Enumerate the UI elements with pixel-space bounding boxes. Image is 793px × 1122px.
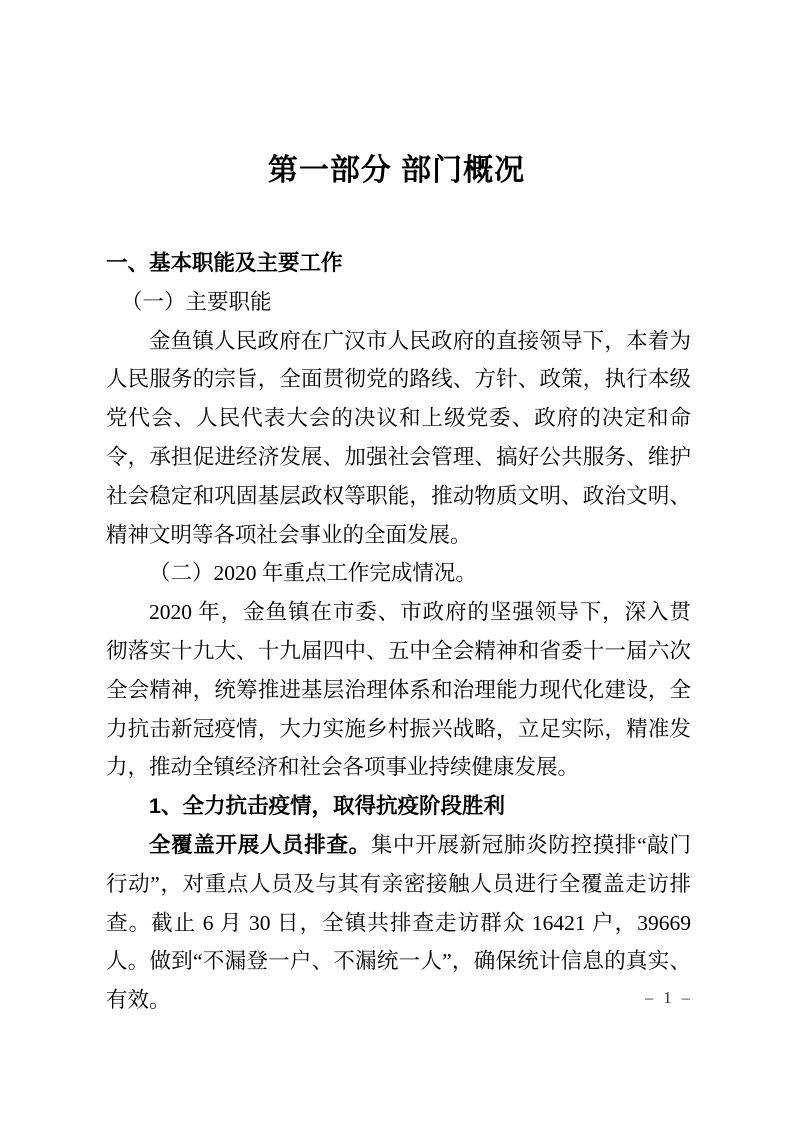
paragraph-screening-text: 集中开展新冠肺炎防控摸排“敲门行动”，对重点人员及与其有亲密接触人员进行全覆盖走…: [106, 833, 691, 1012]
document-body: 一、基本职能及主要工作 （一）主要职能 金鱼镇人民政府在广汉市人民政府的直接领导…: [106, 244, 691, 1020]
paragraph-screening: 全覆盖开展人员排查。集中开展新冠肺炎防控摸排“敲门行动”，对重点人员及与其有亲密…: [106, 826, 691, 1020]
subsection-heading-main-duties: （一）主要职能: [106, 283, 691, 322]
paragraph-screening-lead: 全覆盖开展人员排查。: [149, 833, 371, 857]
document-page: 第一部分 部门概况 一、基本职能及主要工作 （一）主要职能 金鱼镇人民政府在广汉…: [0, 0, 793, 1122]
section-heading-epidemic: 1、全力抗击疫情，取得抗疫阶段胜利: [106, 787, 691, 826]
section-heading-functions: 一、基本职能及主要工作: [106, 244, 691, 283]
document-title: 第一部分 部门概况: [0, 0, 793, 196]
page-number: – 1 –: [645, 988, 693, 1008]
paragraph-main-duties: 金鱼镇人民政府在广汉市人民政府的直接领导下，本着为人民服务的宗旨，全面贯彻党的路…: [106, 322, 691, 555]
subsection-heading-2020-work: （二）2020 年重点工作完成情况。: [106, 554, 691, 593]
paragraph-2020-overview: 2020 年，金鱼镇在市委、市政府的坚强领导下，深入贯彻落实十九大、十九届四中、…: [106, 593, 691, 787]
